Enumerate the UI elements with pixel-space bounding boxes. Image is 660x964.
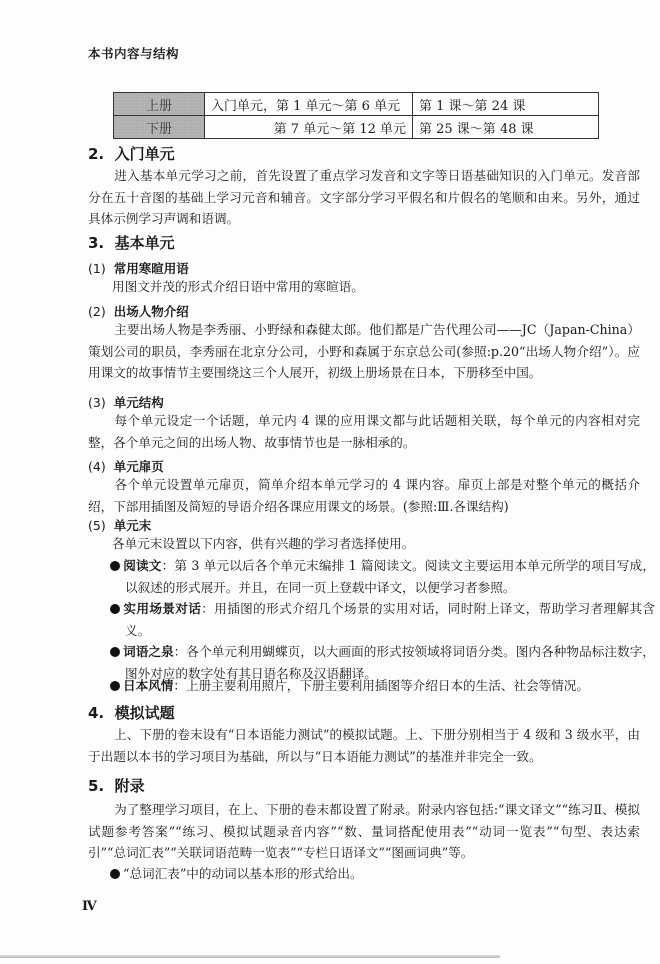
section-heading-intro-unit: 2. 入门单元: [88, 143, 175, 164]
units-cell: 入门单元，第 1 单元～第 6 单元: [205, 93, 413, 116]
paragraph: 各个单元设置单元扉页，简单介绍本单元学习的 4 课内容。扉页上部是对整个单元的概…: [88, 474, 640, 517]
units-cell: 第 7 单元～第 12 单元: [205, 116, 413, 139]
section-number: 4.: [88, 704, 104, 722]
section-title: 基本单元: [115, 234, 175, 252]
volume-cell: 上册: [114, 93, 205, 116]
bullet-icon: [110, 869, 120, 879]
paragraph: 进入基本单元学习之前，首先设置了重点学习发音和文字等日语基础知识的入门单元。发音…: [88, 165, 640, 230]
volume-cell: 下册: [114, 116, 205, 139]
paragraph: 各单元末设置以下内容，供有兴趣的学习者选择使用。: [112, 533, 640, 555]
section-title: 模拟试题: [115, 704, 175, 722]
section-title: 附录: [115, 777, 145, 795]
bullet-icon: [110, 604, 120, 614]
section-number: 5.: [88, 777, 104, 795]
bullet-icon: [110, 681, 120, 691]
paragraph: 用图文并茂的形式介绍日语中常用的寒暄语。: [112, 276, 640, 298]
subsection-heading: (4)单元扉页: [88, 457, 164, 475]
bullet-item: 日本风情：上册主要利用照片，下册主要利用插图等介绍日本的生活、社会等情况。: [110, 675, 655, 697]
bullet-icon: [110, 561, 120, 571]
lessons-cell: 第 25 课～第 48 课: [413, 116, 599, 139]
bullet-item: 实用场景对话：用插图的形式介绍几个场景的实用对话，同时附上译文，帮助学习者理解其…: [110, 598, 655, 641]
volume-table: 上册 入门单元，第 1 单元～第 6 单元 第 1 课～第 24 课 下册 第 …: [113, 92, 599, 139]
bullet-item: “总词汇表”中的动词以基本形的形式给出。: [110, 863, 655, 885]
bullet-icon: [110, 647, 120, 657]
subsection-heading: (5)单元末: [88, 516, 151, 534]
paragraph: 上、下册的卷末设有“日本语能力测试”的模拟试题。上、下册分别相当于 4 级和 3…: [88, 724, 640, 767]
section-heading-basic-unit: 3. 基本单元: [88, 232, 175, 253]
table-row: 上册 入门单元，第 1 单元～第 6 单元 第 1 课～第 24 课: [114, 93, 599, 116]
lessons-cell: 第 1 课～第 24 课: [413, 93, 599, 116]
section-number: 2.: [88, 145, 104, 163]
paragraph: 为了整理学习项目，在上、下册的卷末都设置了附录。附录内容包括:“课文译文”“练习…: [88, 799, 640, 864]
page-number: Ⅳ: [82, 899, 96, 914]
section-heading-appendix: 5. 附录: [88, 775, 145, 796]
paragraph: 主要出场人物是李秀丽、小野绿和森健太郎。他们都是广告代理公司——JC（Japan…: [88, 319, 640, 384]
paragraph: 每个单元设定一个话题，单元内 4 课的应用课文都与此话题相关联，每个单元的内容相…: [88, 410, 640, 453]
subsection-heading: (2)出场人物介绍: [88, 302, 189, 320]
bullet-item: 阅读文：第 3 单元以后各个单元末编排 1 篇阅读文。阅读文主要运用本单元所学的…: [110, 555, 655, 598]
page-edge: [0, 955, 500, 958]
section-heading-mock-test: 4. 模拟试题: [88, 702, 175, 723]
subsection-heading: (1)常用寒暄用语: [88, 259, 189, 277]
section-number: 3.: [88, 234, 104, 252]
running-head: 本书内容与结构: [88, 44, 179, 62]
table-row: 下册 第 7 单元～第 12 单元 第 25 课～第 48 课: [114, 116, 599, 139]
section-title: 入门单元: [115, 145, 175, 163]
subsection-heading: (3)单元结构: [88, 393, 164, 411]
